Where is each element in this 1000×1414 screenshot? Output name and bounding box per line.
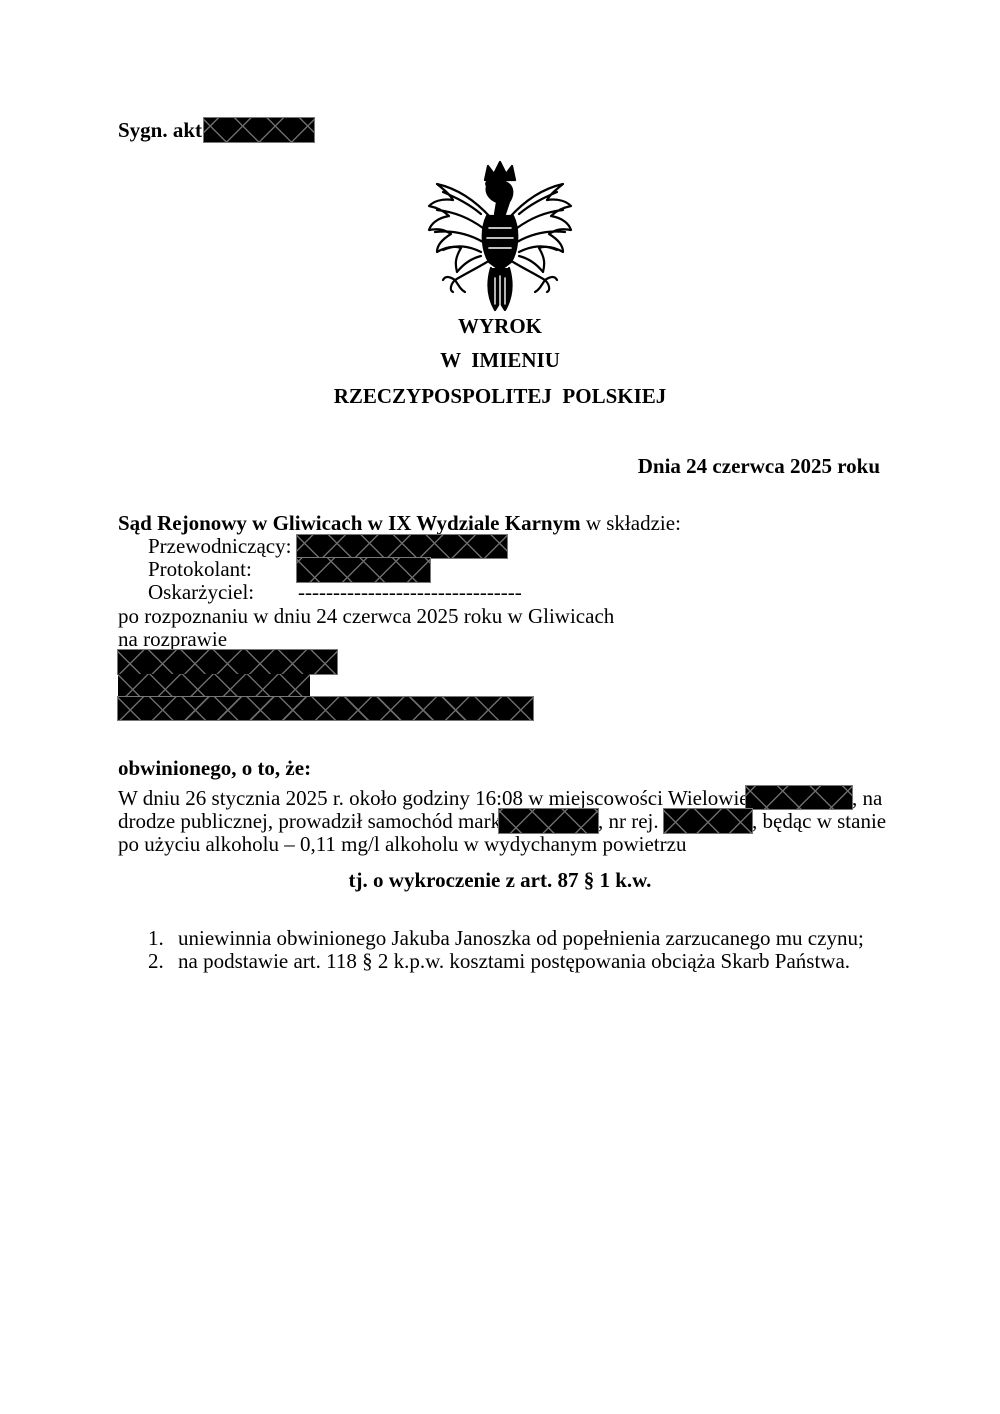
charge-line-1a: W dniu 26 stycznia 2025 r. około godziny… [118, 787, 762, 810]
charge-line-3: po użyciu alkoholu – 0,11 mg/l alkoholu … [118, 833, 686, 856]
composition-suffix: w składzie: [581, 511, 681, 535]
verdict-item-2-text: na podstawie art. 118 § 2 k.p.w. kosztam… [178, 950, 850, 973]
charge-line-2a: drodze publicznej, prowadził samochód ma… [118, 810, 507, 833]
court-name: Sąd Rejonowy w Gliwicach w IX Wydziale K… [118, 511, 581, 535]
title-rzeczypospolitej: RZECZYPOSPOLITEJ POLSKIEJ [0, 385, 1000, 408]
case-signature-label: Sygn. akt [118, 119, 202, 142]
redaction-clerk [297, 558, 430, 582]
hearing-line-1: po rozpoznaniu w dniu 24 czerwca 2025 ro… [118, 605, 614, 628]
presiding-label: Przewodniczący: [148, 535, 291, 558]
prosecutor-value: -------------------------------- [298, 581, 522, 604]
polish-eagle-emblem-icon [425, 158, 575, 316]
redaction-party-row-1 [118, 650, 337, 674]
hearing-line-2: na rozprawie [118, 628, 227, 651]
charge-line-1b: , na [852, 787, 882, 810]
clerk-label: Protokolant: [148, 558, 252, 581]
verdict-item-1-text: uniewinnia obwinionego Jakuba Janoszka o… [178, 927, 864, 950]
redaction-presiding-judge [297, 535, 507, 558]
verdict-item-1-number: 1. [148, 927, 164, 950]
redaction-party-row-2 [118, 674, 310, 697]
verdict-item-2-number: 2. [148, 950, 164, 973]
redaction-location [746, 786, 852, 809]
court-line: Sąd Rejonowy w Gliwicach w IX Wydziale K… [118, 512, 681, 535]
redaction-party-row-3 [118, 697, 533, 720]
redaction-case-signature [204, 118, 314, 142]
title-w-imieniu: W IMIENIU [0, 349, 1000, 372]
charge-heading: obwinionego, o to, że: [118, 757, 311, 780]
charge-line-2c: , będąc w stanie [752, 810, 886, 833]
redaction-registration [664, 809, 752, 833]
legal-basis: tj. o wykroczenie z art. 87 § 1 k.w. [0, 869, 1000, 892]
prosecutor-label: Oskarżyciel: [148, 581, 254, 604]
title-wyrok: WYROK [0, 315, 1000, 338]
redaction-car-make [499, 809, 598, 833]
judgment-date: Dnia 24 czerwca 2025 roku [638, 455, 880, 478]
charge-line-2b: , nr rej. [598, 810, 659, 833]
